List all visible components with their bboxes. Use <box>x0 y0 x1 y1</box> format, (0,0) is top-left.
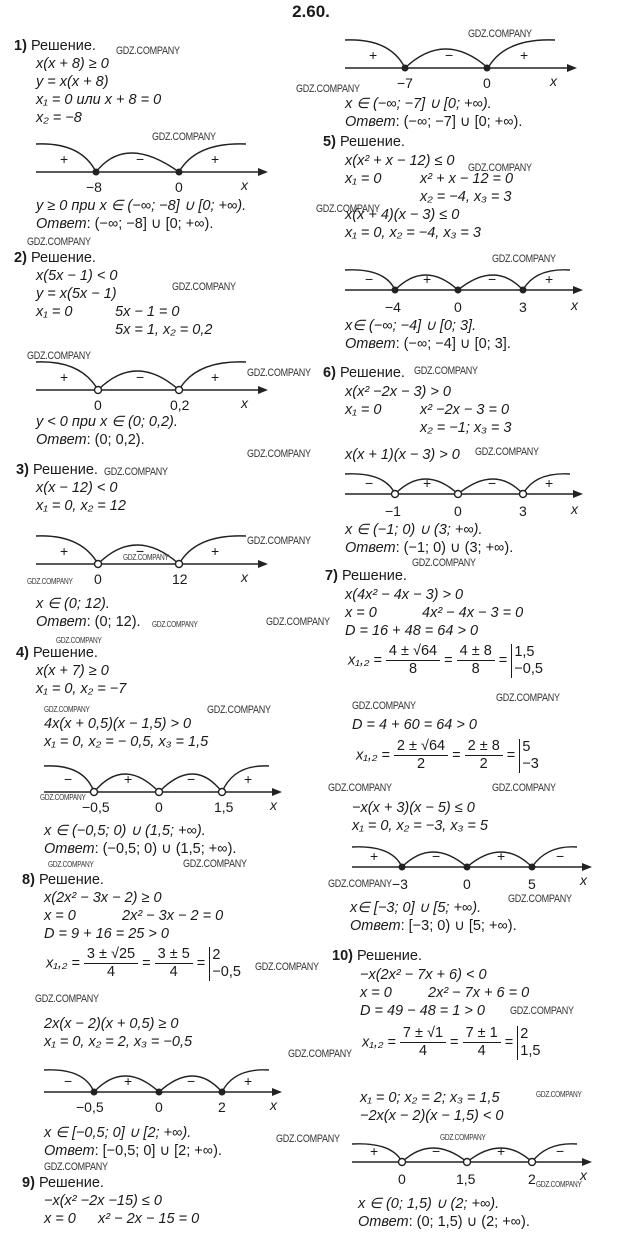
math-line: x₂ = −4, x₃ = 3 <box>420 189 511 206</box>
watermark: GDZ.COMPANY <box>27 236 91 248</box>
math-line: D = 4 + 60 = 64 > 0 <box>352 717 477 734</box>
result-line: x ∈ (−∞; −7] ∪ [0; +∞). <box>345 96 492 113</box>
answer-line: Ответ: [−0,5; 0] ∪ [2; +∞). <box>44 1143 222 1160</box>
watermark: GDZ.COMPANY <box>496 692 560 704</box>
svg-text:−: − <box>187 1073 195 1089</box>
math-line: x₂ = −1; x₃ = 3 <box>420 420 511 437</box>
svg-text:+: + <box>497 848 505 864</box>
svg-text:+: + <box>520 47 528 63</box>
svg-text:+: + <box>370 1143 378 1159</box>
quadratic-formula: x₁,₂ = 4 ± √648 = 4 ± 88 = 1,5−0,5 <box>348 643 543 678</box>
solution-label: Решение. <box>342 568 407 584</box>
svg-text:x: x <box>269 797 278 813</box>
quadratic-formula: x₁,₂ = 7 ± √14 = 7 ± 14 = 21,5 <box>362 1025 540 1060</box>
watermark: GDZ.COMPANY <box>316 203 380 215</box>
answer-line: Ответ: (−∞; −7] ∪ [0; +∞). <box>345 114 522 131</box>
result-line: y < 0 при x ∈ (0; 0,2). <box>36 414 178 431</box>
result-line: x ∈ (−1; 0) ∪ (3; +∞). <box>345 522 483 539</box>
watermark: GDZ.COMPANY <box>116 45 180 57</box>
watermark: GDZ.COMPANY <box>536 1090 582 1099</box>
math-line: 4x(x + 0,5)(x − 1,5) > 0 <box>44 716 191 733</box>
svg-text:0: 0 <box>398 1171 406 1187</box>
svg-text:x: x <box>240 395 249 411</box>
result-line: x ∈ [−0,5; 0] ∪ [2; +∞). <box>44 1125 191 1142</box>
svg-text:12: 12 <box>172 571 188 587</box>
svg-text:−: − <box>432 1143 440 1159</box>
math-line: D = 16 + 48 = 64 > 0 <box>345 623 478 640</box>
answer-line: Ответ: (−∞; −4] ∪ [0; 3]. <box>345 336 511 353</box>
solution-label: Решение. <box>31 38 96 54</box>
math-line: x(x + 1)(x − 3) > 0 <box>345 447 460 464</box>
watermark: GDZ.COMPANY <box>468 162 532 174</box>
svg-text:0: 0 <box>175 179 183 195</box>
svg-text:−: − <box>64 771 72 787</box>
solution-label: Решение. <box>39 872 104 888</box>
math-line: D = 49 − 48 = 1 > 0 <box>360 1003 485 1020</box>
svg-text:−7: −7 <box>397 75 413 91</box>
math-line: 2x² − 3x − 2 = 0 <box>122 908 223 925</box>
svg-text:−: − <box>136 369 144 385</box>
svg-text:0: 0 <box>155 1099 163 1115</box>
svg-text:+: + <box>545 475 553 491</box>
math-line: x₂ = −8 <box>36 110 82 127</box>
svg-text:+: + <box>60 543 68 559</box>
math-line: 2x² − 7x + 6 = 0 <box>428 985 529 1002</box>
watermark: GDZ.COMPANY <box>56 636 102 645</box>
math-line: x₁ = 0, x₂ = −7 <box>36 681 126 698</box>
svg-text:3: 3 <box>519 299 527 315</box>
watermark: GDZ.COMPANY <box>35 993 99 1005</box>
solution-label: Решение. <box>340 134 405 150</box>
math-line: x(2x² − 3x − 2) ≥ 0 <box>44 890 162 907</box>
result-line: y ≥ 0 при x ∈ (−∞; −8] ∪ [0; +∞). <box>36 198 246 215</box>
problem-number: 1) <box>14 38 27 54</box>
svg-text:1,5: 1,5 <box>214 799 234 815</box>
watermark: GDZ.COMPANY <box>183 858 247 870</box>
math-line: x² −2x − 3 = 0 <box>420 402 509 419</box>
solution-label: Решение. <box>33 462 98 478</box>
watermark: GDZ.COMPANY <box>508 893 572 905</box>
svg-text:+: + <box>423 475 431 491</box>
watermark: GDZ.COMPANY <box>412 557 476 569</box>
watermark: GDZ.COMPANY <box>44 705 90 714</box>
svg-text:−: − <box>187 771 195 787</box>
math-line: x₁ = 0 или x + 8 = 0 <box>36 92 161 109</box>
watermark: GDZ.COMPANY <box>255 961 319 973</box>
svg-text:0: 0 <box>454 299 462 315</box>
math-line: x(5x − 1) < 0 <box>36 268 117 285</box>
page-title: 2.60. <box>0 2 622 22</box>
watermark: GDZ.COMPANY <box>468 28 532 40</box>
answer-line: Ответ: (0; 0,2). <box>36 432 145 449</box>
solution-label: Решение. <box>357 948 422 964</box>
svg-text:−: − <box>556 1143 564 1159</box>
math-line: −x(2x² − 7x + 6) < 0 <box>360 967 487 984</box>
svg-text:+: + <box>124 1073 132 1089</box>
math-line: D = 9 + 16 = 25 > 0 <box>44 926 169 943</box>
problem-number: 9) <box>22 1175 35 1191</box>
math-line: x₁ = 0 <box>36 304 72 321</box>
problem-number: 5) <box>323 134 336 150</box>
watermark: GDZ.COMPANY <box>328 782 392 794</box>
svg-text:−: − <box>432 848 440 864</box>
math-line: x₁ = 0 <box>345 171 381 188</box>
math-line: x(x − 12) < 0 <box>36 480 117 497</box>
svg-text:5: 5 <box>528 876 536 892</box>
math-line: x₁ = 0, x₂ = 2, x₃ = −0,5 <box>44 1034 192 1051</box>
math-line: −2x(x − 2)(x − 1,5) < 0 <box>360 1108 503 1125</box>
problem-number: 2) <box>14 250 27 266</box>
math-line: x(x² −2x − 3) > 0 <box>345 384 451 401</box>
svg-text:−1: −1 <box>385 503 401 519</box>
svg-text:−0,5: −0,5 <box>76 1099 104 1115</box>
math-line: x₁ = 0, x₂ = −3, x₃ = 5 <box>352 818 488 835</box>
svg-text:−: − <box>365 475 373 491</box>
watermark: GDZ.COMPANY <box>492 782 556 794</box>
number-line-diagram: − + − + −1 0 3 x <box>345 472 585 527</box>
svg-text:+: + <box>60 151 68 167</box>
problem-number: 4) <box>16 645 29 661</box>
svg-text:+: + <box>423 271 431 287</box>
result-line: x ∈ (−0,5; 0) ∪ (1,5; +∞). <box>44 823 206 840</box>
solution-label: Решение. <box>39 1175 104 1191</box>
svg-text:−: − <box>488 271 496 287</box>
svg-text:x: x <box>240 569 249 585</box>
svg-text:x: x <box>269 1097 278 1113</box>
svg-text:−: − <box>445 47 453 63</box>
watermark: GDZ.COMPANY <box>152 131 216 143</box>
svg-text:−: − <box>556 848 564 864</box>
math-line: x₁ = 0, x₂ = −4, x₃ = 3 <box>345 225 481 242</box>
watermark: GDZ.COMPANY <box>475 446 539 458</box>
watermark: GDZ.COMPANY <box>172 281 236 293</box>
svg-text:+: + <box>60 369 68 385</box>
number-line-diagram: + − + − −3 0 5 x <box>352 845 592 900</box>
math-line: x₁ = 0; x₂ = 2; x₃ = 1,5 <box>360 1090 500 1107</box>
math-line: 5x − 1 = 0 <box>115 304 180 321</box>
svg-text:x: x <box>240 177 249 193</box>
result-line: x∈ (−∞; −4] ∪ [0; 3]. <box>345 318 476 335</box>
watermark: GDZ.COMPANY <box>27 350 91 362</box>
number-line-diagram: − + − + −4 0 3 x <box>345 268 585 323</box>
svg-text:−: − <box>64 1073 72 1089</box>
svg-text:2: 2 <box>528 1171 536 1187</box>
watermark: GDZ.COMPANY <box>328 878 392 890</box>
watermark: GDZ.COMPANY <box>352 700 416 712</box>
svg-text:0: 0 <box>94 571 102 587</box>
watermark: GDZ.COMPANY <box>247 448 311 460</box>
svg-text:x: x <box>570 297 579 313</box>
svg-text:0: 0 <box>483 75 491 91</box>
solution-label: Решение. <box>340 365 405 381</box>
watermark: GDZ.COMPANY <box>296 83 360 95</box>
watermark: GDZ.COMPANY <box>276 1133 340 1145</box>
math-line: x₁ = 0, x₂ = − 0,5, x₃ = 1,5 <box>44 734 208 751</box>
number-line-diagram: + − + −7 0 x <box>345 36 585 91</box>
quadratic-formula: x₁,₂ = 2 ± √642 = 2 ± 82 = 5−3 <box>356 738 539 773</box>
svg-text:+: + <box>369 47 377 63</box>
watermark: GDZ.COMPANY <box>247 535 311 547</box>
svg-text:−: − <box>136 151 144 167</box>
svg-text:−8: −8 <box>86 179 102 195</box>
watermark: GDZ.COMPANY <box>492 253 556 265</box>
result-line: x ∈ (0; 1,5) ∪ (2; +∞). <box>358 1196 499 1213</box>
math-line: y = x(x + 8) <box>36 74 109 91</box>
math-line: x = 0 <box>44 908 76 925</box>
answer-line: Ответ: (0; 12). <box>36 614 141 631</box>
math-line: x(x + 7) ≥ 0 <box>36 663 109 680</box>
svg-text:0: 0 <box>463 876 471 892</box>
answer-line: Ответ: (−1; 0) ∪ (3; +∞). <box>345 540 513 557</box>
math-line: x = 0 <box>345 605 377 622</box>
math-line: x = 0 <box>360 985 392 1002</box>
svg-text:0: 0 <box>155 799 163 815</box>
problem-number: 3) <box>16 462 29 478</box>
watermark: GDZ.COMPANY <box>510 1005 574 1017</box>
svg-text:+: + <box>244 1073 252 1089</box>
svg-text:x: x <box>549 73 558 89</box>
svg-text:+: + <box>211 543 219 559</box>
problem-number: 10) <box>332 948 353 964</box>
watermark: GDZ.COMPANY <box>104 466 168 478</box>
svg-text:+: + <box>370 848 378 864</box>
math-line: x₁ = 0 <box>345 402 381 419</box>
result-line: x ∈ (0; 12). <box>36 596 110 613</box>
svg-text:x: x <box>570 501 579 517</box>
watermark: GDZ.COMPANY <box>414 365 478 377</box>
svg-text:+: + <box>211 369 219 385</box>
svg-text:−: − <box>488 475 496 491</box>
math-line: y = x(5x − 1) <box>36 286 117 303</box>
math-line: −x(x² −2x −15) ≤ 0 <box>44 1193 162 1210</box>
watermark: GDZ.COMPANY <box>247 367 311 379</box>
watermark: GDZ.COMPANY <box>440 1133 486 1142</box>
math-line: −x(x + 3)(x − 5) ≤ 0 <box>352 800 475 817</box>
solution-label: Решение. <box>33 645 98 661</box>
answer-line: Ответ: (0; 1,5) ∪ (2; +∞). <box>358 1214 530 1231</box>
answer-line: Ответ: [−3; 0) ∪ [5; +∞). <box>350 918 517 935</box>
watermark: GDZ.COMPANY <box>266 616 330 628</box>
svg-text:+: + <box>497 1143 505 1159</box>
number-line-diagram: + − + 0 0,2 x <box>36 358 266 413</box>
solution-label: Решение. <box>31 250 96 266</box>
watermark: GDZ.COMPANY <box>536 1180 582 1189</box>
watermark: GDZ.COMPANY <box>40 793 86 802</box>
svg-text:−4: −4 <box>385 299 401 315</box>
math-line: x(x + 8) ≥ 0 <box>36 56 109 73</box>
svg-text:3: 3 <box>519 503 527 519</box>
svg-text:−3: −3 <box>392 876 408 892</box>
svg-text:+: + <box>124 771 132 787</box>
svg-text:+: + <box>545 271 553 287</box>
svg-text:2: 2 <box>218 1099 226 1115</box>
number-line-diagram: + − + −8 0 x <box>36 140 266 195</box>
number-line-diagram: − + − + −0,5 0 2 x <box>44 1066 284 1121</box>
svg-text:−: − <box>365 271 373 287</box>
math-line: x² − 2x − 15 = 0 <box>98 1211 199 1228</box>
math-line: 4x² − 4x − 3 = 0 <box>422 605 523 622</box>
problem-number: 7) <box>325 568 338 584</box>
svg-text:+: + <box>244 771 252 787</box>
svg-text:0: 0 <box>454 503 462 519</box>
math-line: x₁ = 0, x₂ = 12 <box>36 498 126 515</box>
svg-text:0,2: 0,2 <box>170 397 190 413</box>
watermark: GDZ.COMPANY <box>48 860 94 869</box>
math-line: x(x² + x − 12) ≤ 0 <box>345 153 455 170</box>
svg-text:−0,5: −0,5 <box>82 799 110 815</box>
math-line: x(4x² − 4x − 3) > 0 <box>345 587 463 604</box>
svg-text:1,5: 1,5 <box>456 1171 476 1187</box>
answer-line: Ответ: (−0,5; 0) ∪ (1,5; +∞). <box>44 841 236 858</box>
problem-number: 6) <box>323 365 336 381</box>
problem-number: 8) <box>22 872 35 888</box>
number-line-diagram: −+−+ −0,501,5 x <box>44 762 284 817</box>
svg-text:+: + <box>211 151 219 167</box>
quadratic-formula: x₁,₂ = 3 ± √254 = 3 ± 54 = 2−0,5 <box>46 946 241 981</box>
watermark: GDZ.COMPANY <box>288 1048 352 1060</box>
watermark: GDZ.COMPANY <box>27 577 73 586</box>
watermark: GDZ.COMPANY <box>123 553 169 562</box>
svg-text:0: 0 <box>94 397 102 413</box>
result-line: x∈ [−3; 0] ∪ [5; +∞). <box>350 900 481 917</box>
math-line: 2x(x − 2)(x + 0,5) ≥ 0 <box>44 1016 178 1033</box>
svg-text:x: x <box>579 872 588 888</box>
watermark: GDZ.COMPANY <box>44 1161 108 1173</box>
math-line: 5x = 1, x₂ = 0,2 <box>115 322 212 339</box>
watermark: GDZ.COMPANY <box>207 704 271 716</box>
watermark: GDZ.COMPANY <box>152 620 198 629</box>
math-line: x = 0 <box>44 1211 76 1228</box>
answer-line: Ответ: (−∞; −8] ∪ [0; +∞). <box>36 216 213 233</box>
